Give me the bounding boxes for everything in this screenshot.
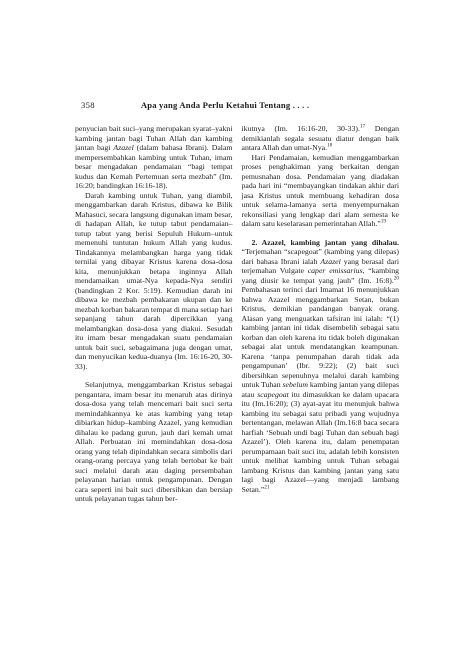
paragraph: 2. Azazel, kambing jantan yang dihalau. … <box>242 238 400 495</box>
paragraph: ikutnya (Im. 16:16-20, 30-33).17 Dengan … <box>242 124 400 153</box>
text-segment: Darah kambing untuk Tuhan, yang diambil,… <box>75 191 233 371</box>
running-title: Apa yang Anda Perlu Ketahui Tentang . . … <box>75 99 375 112</box>
text-segment: Azazel <box>113 143 133 152</box>
text-segment: Pembahasan terinci dari Imamat 16 menunj… <box>242 285 400 389</box>
text-segment: scapegoat <box>257 390 289 399</box>
column-right: ikutnya (Im. 16:16-20, 30-33).17 Dengan … <box>242 124 400 504</box>
text-segment: Hari Pendamaian, kemudian menggambarkan … <box>242 153 400 229</box>
text-segment: Azazel <box>320 257 340 266</box>
paragraph: penyucian bait suci–yang merupakan syara… <box>75 124 233 191</box>
text-segment: ikutnya (Im. 16:16-20, 30-33). <box>242 124 360 133</box>
paragraph: Selanjutnya, menggambarkan Kristus sebag… <box>75 380 233 504</box>
footnote-marker: 18 <box>327 142 332 148</box>
paragraph: Hari Pendamaian, kemudian menggambarkan … <box>242 153 400 229</box>
footnote-marker: 19 <box>381 218 386 224</box>
text-segment: sebelum <box>282 380 308 389</box>
footnote-marker: 21 <box>264 484 269 490</box>
column-left: penyucian bait suci–yang merupakan syara… <box>75 124 233 504</box>
paragraph: Darah kambing untuk Tuhan, yang diambil,… <box>75 191 233 372</box>
two-column-layout: penyucian bait suci–yang merupakan syara… <box>75 124 399 504</box>
text-segment: itu dimasukkan ke dalam upacara itu (Im.… <box>242 390 400 494</box>
text-block: 358 Apa yang Anda Perlu Ketahui Tentang … <box>75 99 399 504</box>
running-head: 358 Apa yang Anda Perlu Ketahui Tentang … <box>75 99 399 112</box>
text-segment: caper emissarius <box>308 266 363 275</box>
book-page: 358 Apa yang Anda Perlu Ketahui Tentang … <box>0 0 460 650</box>
text-segment: 2. Azazel, kambing jantan yang dihalau. <box>252 238 400 247</box>
text-segment: Selanjutnya, menggambarkan Kristus sebag… <box>75 380 233 503</box>
footnote-marker: 20 <box>394 275 399 281</box>
